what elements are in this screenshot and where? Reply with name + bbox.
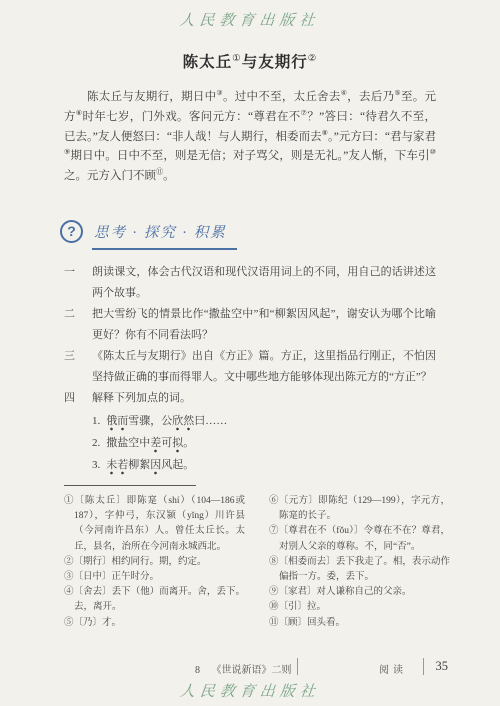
footer-divider-bar xyxy=(423,658,424,675)
section-title: 思考 · 探究 · 积累 xyxy=(92,218,237,250)
textbook-page: 人民教育出版社 陈太丘①与友期行② 陈太丘与友期行，期日中③。过中不至，太丘舍去… xyxy=(0,0,500,706)
footnotes-left-column: ①〔陈太丘〕即陈寔（shí）（104—186或187），字仲弓，东汉颍（yǐng… xyxy=(64,494,245,631)
page-footer: 8 《世说新语》二则 阅读 35 xyxy=(0,658,500,676)
emphasized-word: 未若 xyxy=(106,459,128,475)
question-sub-item: 1.俄而雪骤，公欣然曰…… xyxy=(92,412,436,431)
footnote-ref: ③ xyxy=(216,89,223,97)
footnotes-right-column: ⑥〔元方〕即陈纪（129—199），字元方，陈寔的长子。⑦〔尊君在不（fǒu）〕… xyxy=(269,494,450,631)
emphasized-word: 差 xyxy=(150,437,161,453)
question-number: 四 xyxy=(64,388,92,475)
question-number: 三 xyxy=(64,346,92,388)
footnote-item: ⑤〔乃〕才。 xyxy=(64,616,245,631)
emphasized-word: 拟 xyxy=(172,437,183,453)
footer-lesson-title: 《世说新语》二则 xyxy=(212,665,292,676)
emphasized-word: 俄而 xyxy=(106,415,128,431)
footnote-item: ⑪〔顾〕回头看。 xyxy=(269,616,450,631)
footnote-item: ①〔陈太丘〕即陈寔（shí）（104—186或187），字仲弓，东汉颍（yǐng… xyxy=(64,494,245,555)
sub-item-number: 2. xyxy=(92,437,100,449)
question-sub-item: 2.撒盐空中差可拟。 xyxy=(92,434,436,453)
question-number: 一 xyxy=(64,262,92,304)
footnote-item: ⑥〔元方〕即陈纪（129—199），字元方，陈寔的长子。 xyxy=(269,494,450,524)
footnote-item: ⑩〔引〕拉。 xyxy=(269,600,450,615)
footnote-ref: ⑩ xyxy=(430,149,436,157)
footer-divider-bar xyxy=(297,658,298,675)
publisher-logo-top: 人民教育出版社 xyxy=(0,0,500,30)
question-number: 二 xyxy=(64,304,92,346)
footnote-item: ⑨〔家君〕对人谦称自己的父亲。 xyxy=(269,585,450,600)
section-header: ? 思考 · 探究 · 积累 xyxy=(60,218,500,250)
footer-lesson-group: 8 《世说新语》二则 xyxy=(195,661,292,676)
question-item: 一朗读课文，体会古代汉语和现代汉语用词上的不同，用自己的话讲述这两个故事。 xyxy=(64,262,436,304)
footnote-item: ⑧〔相委而去〕丢下我走了。相，表示动作偏指一方。委，丢下。 xyxy=(269,555,450,585)
question-text: 《陈太丘与友期行》出自《方正》篇。方正，这里指品行刚正，不怕因坚持做正确的事而得… xyxy=(92,346,436,388)
footnote-ref: ⑧ xyxy=(322,129,328,137)
sub-item-number: 3. xyxy=(92,459,100,471)
footnote-ref: ⑥ xyxy=(76,109,83,117)
footnote-item: ②〔期行〕相约同行。期，约定。 xyxy=(64,555,245,570)
unit-label: 阅读 xyxy=(379,661,407,676)
footnote-ref: ① xyxy=(232,53,242,64)
question-text: 朗读课文，体会古代汉语和现代汉语用词上的不同，用自己的话讲述这两个故事。 xyxy=(92,262,436,304)
emphasized-word: 欣然 xyxy=(172,415,194,431)
question-text: 解释下列加点的词。1.俄而雪骤，公欣然曰……2.撒盐空中差可拟。3.未若柳絮因风… xyxy=(92,388,436,475)
footnote-ref: ⑪ xyxy=(156,168,163,176)
emphasized-word: 因 xyxy=(150,459,161,475)
question-sub-item: 3.未若柳絮因风起。 xyxy=(92,456,436,475)
question-item: 二把大雪纷飞的情景比作“撒盐空中”和“柳絮因风起”，谢安认为哪个比喻更好？你有不… xyxy=(64,304,436,346)
footnote-ref: ⑦ xyxy=(301,109,308,117)
footnote-item: ⑦〔尊君在不（fǒu）〕令尊在不在？尊君，对别人父亲的尊称。不，同“否”。 xyxy=(269,524,450,554)
lesson-body-text: 陈太丘与友期行，期日中③。过中不至，太丘舍去④，去后乃⑤至。元方⑥时年七岁，门外… xyxy=(64,88,436,187)
footnote-ref: ⑨ xyxy=(64,149,71,157)
footnote-ref: ④ xyxy=(341,89,348,97)
page-number: 35 xyxy=(436,659,449,674)
question-item: 三《陈太丘与友期行》出自《方正》篇。方正，这里指品行刚正，不怕因坚持做正确的事而… xyxy=(64,346,436,388)
footnote-item: ④〔舍去〕丢下（他）而离开。舍，丢下。去，离开。 xyxy=(64,585,245,615)
footnotes-section: ①〔陈太丘〕即陈寔（shí）（104—186或187），字仲弓，东汉颍（yǐng… xyxy=(64,494,450,631)
lesson-number: 8 xyxy=(195,665,200,676)
footnote-ref: ⑤ xyxy=(394,89,401,97)
footnote-item: ③〔日中〕正午时分。 xyxy=(64,570,245,585)
sub-item-number: 1. xyxy=(92,415,100,427)
questions-list: 一朗读课文，体会古代汉语和现代汉语用词上的不同，用自己的话讲述这两个故事。二把大… xyxy=(64,262,436,475)
publisher-logo-bottom: 人民教育出版社 xyxy=(0,680,500,701)
question-item: 四解释下列加点的词。1.俄而雪骤，公欣然曰……2.撒盐空中差可拟。3.未若柳絮因… xyxy=(64,388,436,475)
lesson-title: 陈太丘①与友期行② xyxy=(0,50,500,72)
footnote-divider xyxy=(64,485,196,486)
question-text: 把大雪纷飞的情景比作“撒盐空中”和“柳絮因风起”，谢安认为哪个比喻更好？你有不同… xyxy=(92,304,436,346)
question-mark-icon: ? xyxy=(60,220,83,243)
footnote-ref: ② xyxy=(308,53,318,64)
